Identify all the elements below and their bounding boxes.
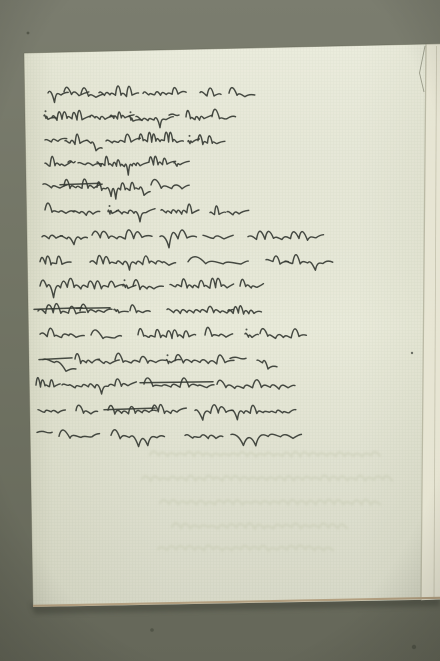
manuscript-photo — [0, 0, 440, 661]
photo-vignette — [0, 0, 440, 661]
scene-svg — [0, 0, 440, 661]
